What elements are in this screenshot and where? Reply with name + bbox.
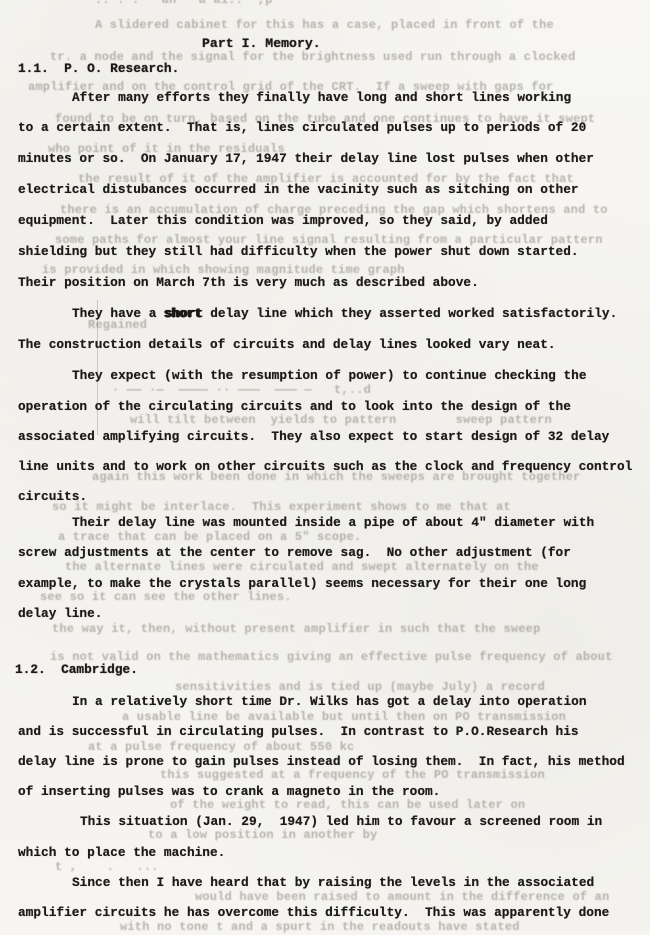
typed-line: minutes or so. On January 17, 1947 their… xyxy=(18,151,594,167)
text-segment: Their delay line was mounted inside a pi… xyxy=(72,515,594,530)
typed-line: of inserting pulses was to crank a magne… xyxy=(18,784,440,800)
typed-line: shielding but they still had difficulty … xyxy=(18,244,579,260)
text-segment: Part I. Memory. xyxy=(202,36,321,51)
text-segment: amplifier circuits he has overcome this … xyxy=(18,905,609,920)
text-segment: 1.2. Cambridge. xyxy=(15,662,138,677)
text-segment: minutes or so. On January 17, 1947 their… xyxy=(18,151,594,166)
paper-crease-mark xyxy=(97,300,98,435)
text-segment: electrical distubances occurred in the v… xyxy=(18,182,579,197)
text-segment: screw adjustments at the center to remov… xyxy=(18,545,571,560)
text-segment: Their position on March 7th is very much… xyxy=(18,275,479,290)
text-segment: delay line. xyxy=(18,606,102,621)
typed-line: circuits. xyxy=(18,489,87,505)
typed-line: line units and to work on other circuits… xyxy=(18,459,632,475)
typed-text-layer: Part I. Memory.1.1. P. O. Research.After… xyxy=(0,0,650,930)
typed-line: In a relatively short time Dr. Wilks has… xyxy=(72,694,587,710)
typed-line: The construction details of circuits and… xyxy=(18,337,556,353)
typed-line: They have a short delay line which they … xyxy=(72,306,617,322)
typed-line: example, to make the crystals parallel) … xyxy=(18,576,586,592)
text-segment: line units and to work on other circuits… xyxy=(18,459,632,474)
text-segment: They expect (with the resumption of powe… xyxy=(72,368,587,383)
typed-line: They expect (with the resumption of powe… xyxy=(72,368,587,384)
typed-line: electrical distubances occurred in the v… xyxy=(18,182,579,198)
text-segment: and is successful in circulating pulses.… xyxy=(18,724,579,739)
text-segment: equipment. Later this condition was impr… xyxy=(18,213,548,228)
overstruck-word: short xyxy=(164,306,202,321)
typed-line: operation of the circulating circuits an… xyxy=(18,399,571,415)
typed-line: delay line is prone to gain pulses inste… xyxy=(18,754,625,770)
text-segment: delay line which they asserted worked sa… xyxy=(203,306,618,321)
text-segment: They have a xyxy=(72,306,164,321)
typed-line: screw adjustments at the center to remov… xyxy=(18,545,571,561)
text-segment: This situation (Jan. 29, 1947) led him t… xyxy=(80,814,602,829)
text-segment: operation of the circulating circuits an… xyxy=(18,399,571,414)
document-title: Part I. Memory. xyxy=(202,36,321,52)
text-segment: Since then I have heard that by raising … xyxy=(72,875,594,890)
text-segment: After many efforts they finally have lon… xyxy=(72,90,571,105)
typed-line: to a certain extent. That is, lines circ… xyxy=(18,120,586,136)
typed-line: associated amplifying circuits. They als… xyxy=(18,429,609,445)
section-heading-1-1: 1.1. P. O. Research. xyxy=(18,61,179,77)
typed-line: After many efforts they finally have lon… xyxy=(72,90,571,106)
text-segment: shielding but they still had difficulty … xyxy=(18,244,579,259)
typed-line: delay line. xyxy=(18,606,102,622)
section-heading-1-2: 1.2. Cambridge. xyxy=(15,662,138,678)
text-segment: example, to make the crystals parallel) … xyxy=(18,576,586,591)
typed-line: amplifier circuits he has overcome this … xyxy=(18,905,609,921)
typed-line: This situation (Jan. 29, 1947) led him t… xyxy=(80,814,602,830)
text-segment: 1.1. P. O. Research. xyxy=(18,61,179,76)
typed-line: Since then I have heard that by raising … xyxy=(72,875,594,891)
typed-line: Their delay line was mounted inside a pi… xyxy=(72,515,594,531)
text-segment: of inserting pulses was to crank a magne… xyxy=(18,784,440,799)
document-page: .. . . an a ai.. ,pA slidered cabinet fo… xyxy=(0,0,650,930)
typed-line: and is successful in circulating pulses.… xyxy=(18,724,579,740)
typed-line: equipment. Later this condition was impr… xyxy=(18,213,548,229)
text-segment: circuits. xyxy=(18,489,87,504)
text-segment: In a relatively short time Dr. Wilks has… xyxy=(72,694,587,709)
typed-line: Their position on March 7th is very much… xyxy=(18,275,479,291)
text-segment: The construction details of circuits and… xyxy=(18,337,556,352)
text-segment: to a certain extent. That is, lines circ… xyxy=(18,120,586,135)
typed-line: which to place the machine. xyxy=(18,845,225,861)
text-segment: which to place the machine. xyxy=(18,845,225,860)
text-segment: associated amplifying circuits. They als… xyxy=(18,429,609,444)
text-segment: delay line is prone to gain pulses inste… xyxy=(18,754,625,769)
